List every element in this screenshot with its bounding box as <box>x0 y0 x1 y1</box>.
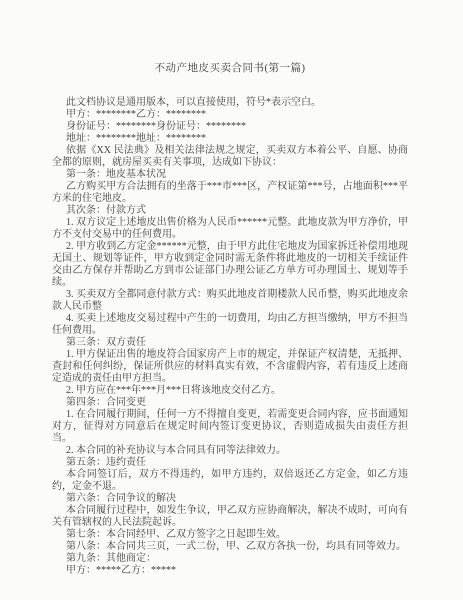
clause-5-heading: 第五条：违约责任 <box>52 457 408 469</box>
clause-8-text: 第八条：本合同共三页，一式二份，甲、乙双方各执一份，均具有同等效力。 <box>52 541 408 553</box>
clause-1-text: 乙方购买甲方合法拥有的坐落于***市***区，产权证第***号，占地面积***平… <box>52 181 408 205</box>
clause-2-item-3: 3. 买卖双方全都同意付款方式：购买此地皮首期楼款人民币整，购买此地皮余款人民币… <box>52 289 408 313</box>
clause-5-text: 本合同签订后，双方不得违约，如甲方违约，双倍返还乙方定金，如乙方违约，定金不退。 <box>52 469 408 493</box>
clause-3-item-2: 2. 甲方应在***年***月***日将该地皮交付乙方。 <box>52 385 408 397</box>
clause-6-heading: 第六条：合同争议的解决 <box>52 493 408 505</box>
clause-7-text: 第七条：本合同经甲、乙双方签字之日起即生效。 <box>52 529 408 541</box>
document-title: 不动产地皮买卖合同书(第一篇) <box>52 62 408 76</box>
clause-3-heading: 第三条：双方责任 <box>52 337 408 349</box>
paragraph-signatures: 甲方：*****乙方：***** <box>52 565 408 577</box>
clause-4-item-1: 1. 在合同履行期间，任何一方不得擅自变更，若需变更合同内容，应书面通知对方，征… <box>52 409 408 445</box>
paragraph-addresses: 地址：********地址：******** <box>52 133 408 145</box>
paragraph-parties: 甲方：********乙方：******** <box>52 109 408 121</box>
clause-2-heading: 其次条：付款方式 <box>52 205 408 217</box>
clause-9-heading: 第九条：其他商定： <box>52 553 408 565</box>
clause-2-item-2: 2. 甲方收到乙方定金******元整，由于甲方此住宅地皮为国家拆迁补偿用地现无… <box>52 241 408 289</box>
clause-4-heading: 第四条：合同变更 <box>52 397 408 409</box>
clause-3-item-1: 1. 甲方保证出售的地皮符合国家房产上市的规定，并保证产权清楚，无抵押、查封和任… <box>52 349 408 385</box>
paragraph-legal-basis: 依据《XX 民法典》及相关法律法规之规定，买卖双方本着公平、自愿、协商全都的原则… <box>52 145 408 169</box>
clause-4-item-2: 2. 本合同的补充协议与本合同具有同等法律效力。 <box>52 445 408 457</box>
contract-document: 不动产地皮买卖合同书(第一篇) 此文档协议是通用版本，可以直接使用，符号*表示空… <box>0 0 463 600</box>
clause-1-heading: 第一条：地皮基本状况 <box>52 169 408 181</box>
paragraph-id-numbers: 身份证号：********身份证号：******** <box>52 121 408 133</box>
clause-2-item-4: 4. 买卖上述地皮交易过程中产生的一切费用，均由乙方担当缴纳，甲方不担当任何费用… <box>52 313 408 337</box>
document-body: 此文档协议是通用版本，可以直接使用，符号*表示空白。 甲方：********乙方… <box>52 97 408 577</box>
clause-2-item-1: 1. 双方议定上述地皮出售价格为人民币******元整。此地皮款为甲方净价，甲方… <box>52 217 408 241</box>
paragraph-intro: 此文档协议是通用版本，可以直接使用，符号*表示空白。 <box>52 97 408 109</box>
clause-6-text: 本合同履行过程中，如发生争议，甲乙双方应协商解决，解决不成时，可向有关有管辖权的… <box>52 505 408 529</box>
